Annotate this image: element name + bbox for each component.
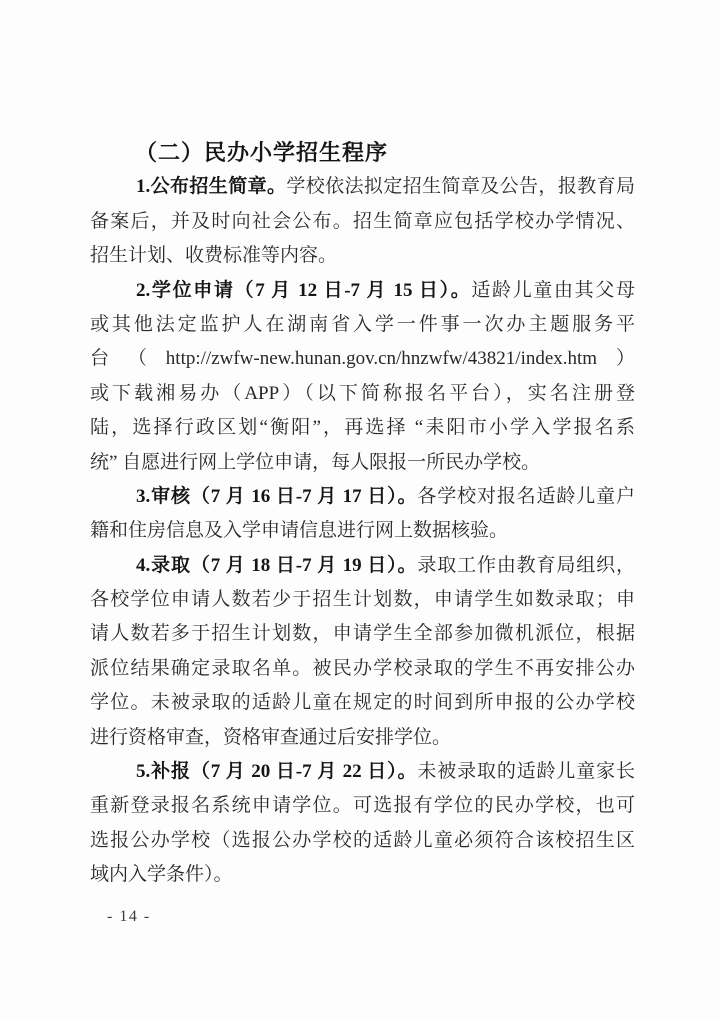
paragraph-2-line-3-url: 台（http://zwfw-new.hunan.gov.cn/hnzwfw/43…: [90, 342, 635, 376]
paragraph-5-line-1: 5.补报（7 月 20 日-7 月 22 日）。未被录取的适龄儿童家长: [90, 755, 635, 789]
paragraph-1-lead: 1.公布招生简章。: [136, 176, 286, 197]
paragraph-4-line-3: 请人数若多于招生计划数，申请学生全部参加微机派位，根据: [90, 617, 635, 651]
paragraph-3-line-2: 籍和住房信息及入学申请信息进行网上数据核验。: [90, 514, 635, 548]
paragraph-3-text: 各学校对报名适龄儿童户: [417, 486, 635, 507]
paragraph-3-line-1: 3.审核（7 月 16 日-7 月 17 日）。各学校对报名适龄儿童户: [90, 480, 635, 514]
document-page: （二）民办小学招生程序 1.公布招生简章。学校依法拟定招生简章及公告，报教育局 …: [0, 0, 720, 1019]
paragraph-4-text: 录取工作由教育局组织，: [417, 555, 635, 576]
paragraph-4-line-2: 各校学位申请人数若少于招生计划数，申请学生如数录取；申: [90, 583, 635, 617]
paragraph-4-line-1: 4.录取（7 月 18 日-7 月 19 日）。录取工作由教育局组织，: [90, 549, 635, 583]
paragraph-2-lead: 2.学位申请（7 月 12 日-7 月 15 日）。: [136, 280, 471, 301]
paragraph-3-lead: 3.审核（7 月 16 日-7 月 17 日）。: [136, 486, 417, 507]
paragraph-1-line-3: 招生计划、收费标准等内容。: [90, 239, 635, 273]
page-number: - 14 -: [107, 908, 151, 926]
paragraph-2-line-1: 2.学位申请（7 月 12 日-7 月 15 日）。适龄儿童由其父母: [90, 274, 635, 308]
section-heading: （二）民办小学招生程序: [90, 136, 635, 170]
paragraph-2-text: 适龄儿童由其父母: [471, 280, 635, 301]
paragraph-2-line-4: 或下载湘易办（APP）（以下简称报名平台），实名注册登: [90, 377, 635, 411]
paragraph-5-lead: 5.补报（7 月 20 日-7 月 22 日）。: [136, 761, 417, 782]
paragraph-2-line-5: 陆，选择行政区划“衡阳”，再选择 “耒阳市小学入学报名系: [90, 411, 635, 445]
paragraph-4-line-5: 学位。未被录取的适龄儿童在规定的时间到所申报的公办学校: [90, 686, 635, 720]
document-body: （二）民办小学招生程序 1.公布招生简章。学校依法拟定招生简章及公告，报教育局 …: [90, 136, 635, 893]
paragraph-1-line-2: 备案后，并及时向社会公布。招生简章应包括学校办学情况、: [90, 205, 635, 239]
paragraph-4-lead: 4.录取（7 月 18 日-7 月 19 日）。: [136, 555, 417, 576]
paragraph-4-line-6: 进行资格审查，资格审查通过后安排学位。: [90, 721, 635, 755]
paragraph-2-line-2: 或其他法定监护人在湖南省入学一件事一次办主题服务平: [90, 308, 635, 342]
paragraph-1-text: 学校依法拟定招生简章及公告，报教育局: [286, 176, 635, 197]
paragraph-5-text: 未被录取的适龄儿童家长: [417, 761, 635, 782]
paragraph-5-line-4: 域内入学条件）。: [90, 858, 635, 892]
paragraph-4-line-4: 派位结果确定录取名单。被民办学校录取的学生不再安排公办: [90, 652, 635, 686]
paragraph-5-line-3: 选报公办学校（选报公办学校的适龄儿童必须符合该校招生区: [90, 824, 635, 858]
paragraph-2-line-6: 统” 自愿进行网上学位申请，每人限报一所民办学校。: [90, 446, 635, 480]
paragraph-5-line-2: 重新登录报名系统申请学位。可选报有学位的民办学校，也可: [90, 789, 635, 823]
paragraph-1-line-1: 1.公布招生简章。学校依法拟定招生简章及公告，报教育局: [90, 170, 635, 204]
